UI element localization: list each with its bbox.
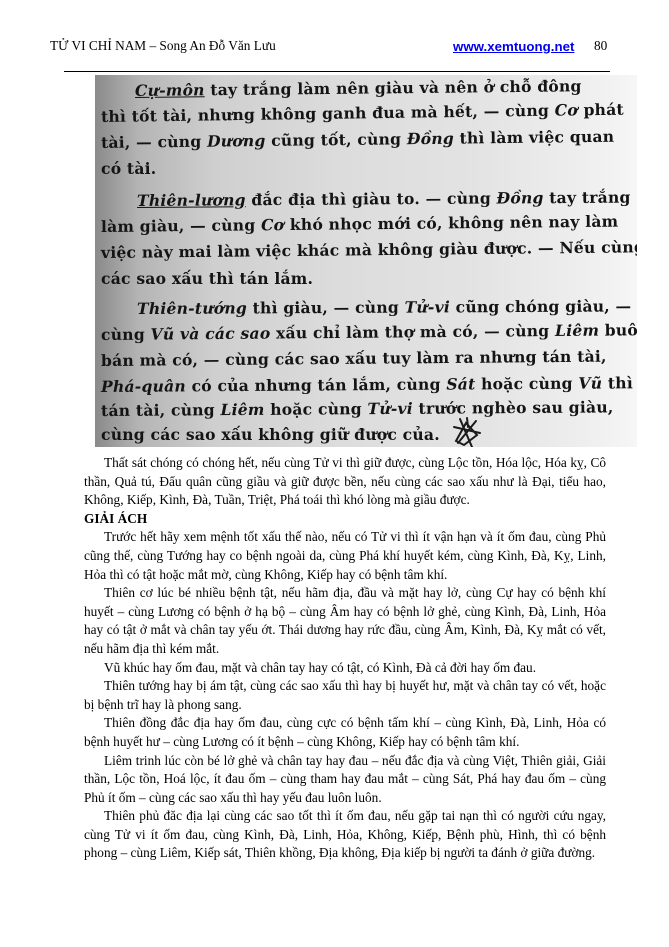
scan-emph: Liêm: [555, 321, 599, 340]
scan-line: Thiên-tướng thì giàu, — cùng Tử-vi cũng …: [137, 296, 631, 318]
paragraph: Thiên phủ đăc địa lại cùng các sao tốt t…: [84, 807, 606, 863]
page-number: 80: [594, 38, 607, 54]
scan-text: cũng chóng giàu, —: [450, 296, 631, 316]
scan-line: việc này mai làm việc khác mà không giàu…: [101, 237, 637, 262]
scan-emph: Cự-môn: [135, 80, 205, 100]
scanned-page-image: Cự-môn tay trắng làm nên giàu và nên ở c…: [95, 75, 637, 447]
scan-text: cũng tốt, cùng: [265, 129, 407, 150]
scan-text: tay trắng làm nên giàu và nên ở chỗ đông: [205, 76, 582, 99]
scan-emph: Cơ: [555, 100, 578, 119]
scan-line: cùng các sao xấu không giữ được của.: [101, 425, 440, 444]
scan-text: tay trắng: [544, 188, 631, 208]
scan-text: thì: [602, 373, 633, 392]
document-body: Thất sát chóng có chóng hết, nếu cùng Tử…: [84, 454, 606, 863]
scan-text: trước nghèo sau giàu,: [413, 397, 614, 417]
scan-text: có tài.: [101, 159, 156, 178]
scan-text: khó nhọc mới có, không nên nay làm: [284, 212, 618, 234]
paragraph: Thiên đồng đắc địa hay ốm đau, cùng cực …: [84, 714, 606, 751]
scan-emph: Liêm: [220, 400, 264, 419]
paragraph: Liêm trinh lúc còn bé lở ghẻ và chân tay…: [84, 752, 606, 808]
scan-line: bán mà có, — cùng các sao xấu tuy làm ra…: [101, 347, 607, 370]
scan-text: các sao xấu thì tán lắm.: [101, 269, 313, 288]
scan-emph: Phá-quân: [101, 376, 186, 396]
scan-line: các sao xấu thì tán lắm.: [101, 269, 313, 288]
paragraph: Trước hết hãy xem mệnh tốt xấu thế nào, …: [84, 528, 606, 584]
scan-emph: Đồng: [407, 129, 454, 149]
scan-text: xấu chỉ làm thợ mà có, — cùng: [270, 321, 555, 342]
website-link[interactable]: www.xemtuong.net: [453, 39, 574, 54]
scan-text: việc này mai làm việc khác mà không giàu…: [101, 237, 637, 262]
scan-text: hoặc cùng: [265, 399, 368, 419]
scan-emph: Thiên-tướng: [137, 298, 247, 318]
scan-emph: Vũ: [578, 374, 602, 393]
scan-text: đắc địa thì giàu to. — cùng: [246, 188, 497, 209]
scan-text: bán mà có, — cùng các sao xấu tuy làm ra…: [101, 347, 607, 370]
scan-text: tài, — cùng: [101, 132, 207, 152]
header-divider: [64, 71, 610, 72]
scan-line: Thiên-lương đắc địa thì giàu to. — cùng …: [137, 188, 631, 210]
scan-line: Phá-quân có của nhưng tán lắm, cùng Sát …: [101, 373, 633, 396]
scan-emph: Tử-vi: [405, 297, 451, 316]
scan-text: thì tốt tài, nhưng không ganh đua mà hết…: [101, 101, 555, 126]
scan-text: thì làm việc quan: [454, 127, 615, 148]
scan-line: tán tài, cùng Liêm hoặc cùng Tử-vi trước…: [101, 397, 614, 420]
scan-emph: Đồng: [496, 188, 543, 207]
scan-text: cùng: [101, 325, 151, 344]
scan-text: thì giàu, — cùng: [247, 298, 405, 318]
intro-paragraph: Thất sát chóng có chóng hết, nếu cùng Tử…: [84, 454, 606, 510]
scan-text: tán tài, cùng: [101, 400, 221, 420]
scan-emph: Sát: [446, 374, 475, 393]
scan-line: tài, — cùng Dương cũng tốt, cùng Đồng th…: [101, 127, 615, 152]
paragraph: Thiên cơ lúc bé nhiều bệnh tật, nếu hãm …: [84, 584, 606, 658]
scan-text: phát: [578, 100, 624, 120]
book-title: TỬ VI CHỈ NAM – Song An Đỗ Văn Lưu: [50, 38, 276, 54]
ink-mark-icon: [450, 415, 484, 447]
scan-emph: Cơ: [261, 215, 284, 234]
paragraph: Thiên tướng hay bị ám tật, cùng các sao …: [84, 677, 606, 714]
scan-emph: Thiên-lương: [137, 190, 246, 210]
scan-text: làm giàu, — cùng: [101, 215, 261, 236]
scan-line: cùng Vũ và các sao xấu chỉ làm thợ mà có…: [101, 320, 637, 344]
scan-line: làm giàu, — cùng Cơ khó nhọc mới có, khô…: [101, 212, 619, 236]
scan-text: hoặc cùng: [475, 374, 578, 394]
scan-line: thì tốt tài, nhưng không ganh đua mà hết…: [101, 100, 624, 126]
scan-emph: Tử-vi: [367, 399, 413, 418]
paragraph: Vũ khúc hay ốm đau, mặt và chân tay hay …: [84, 659, 606, 678]
section-heading: GIẢI ÁCH: [84, 510, 606, 529]
scan-emph: Vũ và các sao: [150, 324, 270, 344]
scan-text: cùng các sao xấu không giữ được của.: [101, 425, 440, 444]
page-header: TỬ VI CHỈ NAM – Song An Đỗ Văn Lưu www.x…: [50, 38, 610, 58]
scan-text: có của nhưng tán lắm, cùng: [186, 375, 447, 396]
scan-emph: Dương: [207, 131, 266, 151]
scan-line: Cự-môn tay trắng làm nên giàu và nên ở c…: [135, 76, 582, 100]
scan-text: buôn: [599, 320, 637, 339]
scan-line: có tài.: [101, 159, 156, 178]
